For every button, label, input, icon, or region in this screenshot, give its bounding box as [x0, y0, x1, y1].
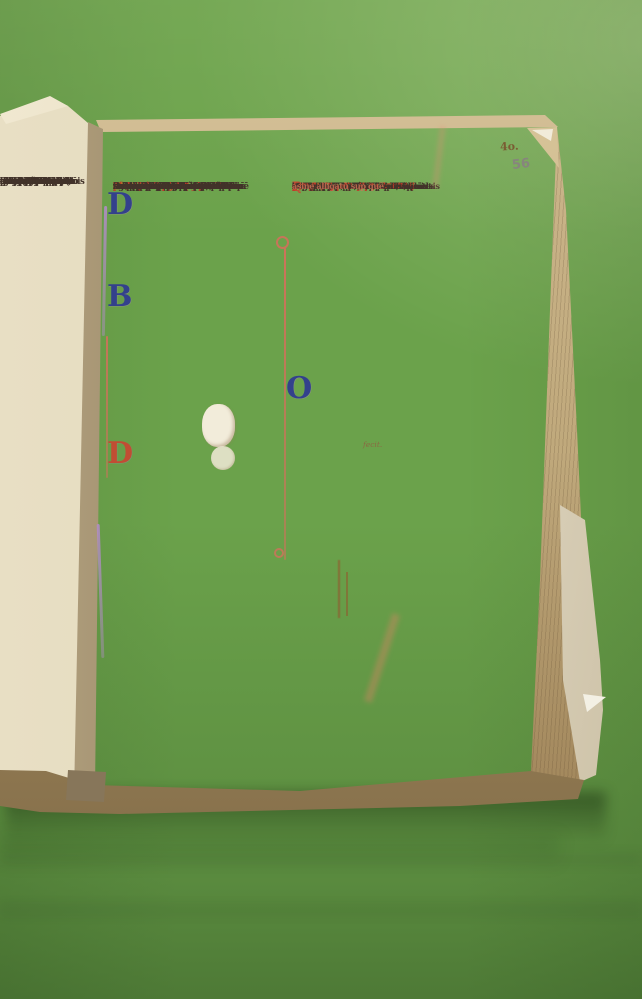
text-run: asine alligatū sup quē [292, 181, 384, 194]
red-drip-stain [338, 560, 340, 618]
parchment-hole-small [211, 446, 235, 470]
folio-number-ink: 4o. [500, 140, 519, 154]
penwork-loop [276, 236, 289, 249]
illuminated-initial-O: O [286, 375, 312, 403]
red-drip-stain [346, 572, 348, 616]
folio-number-pencil: 56 [511, 156, 531, 173]
text-run: ce mereamur. Q [0, 176, 70, 189]
illuminated-initial-B: B [107, 283, 132, 311]
book-cast-shadow-soft [0, 836, 560, 870]
illuminated-initial-D: D [107, 440, 133, 468]
margin-note: fecit. [363, 440, 382, 449]
penwork-flourish-red-column2 [284, 248, 286, 560]
cloth-crease-shadow [0, 902, 642, 918]
penwork-loop [274, 548, 284, 558]
illuminated-initial-D: D [107, 191, 133, 219]
photograph-of-open-manuscript: oluisti. da qs.oz corda fideliintelligāt… [0, 0, 642, 999]
parchment-hole [202, 404, 235, 447]
penwork-flourish-red [106, 336, 108, 478]
